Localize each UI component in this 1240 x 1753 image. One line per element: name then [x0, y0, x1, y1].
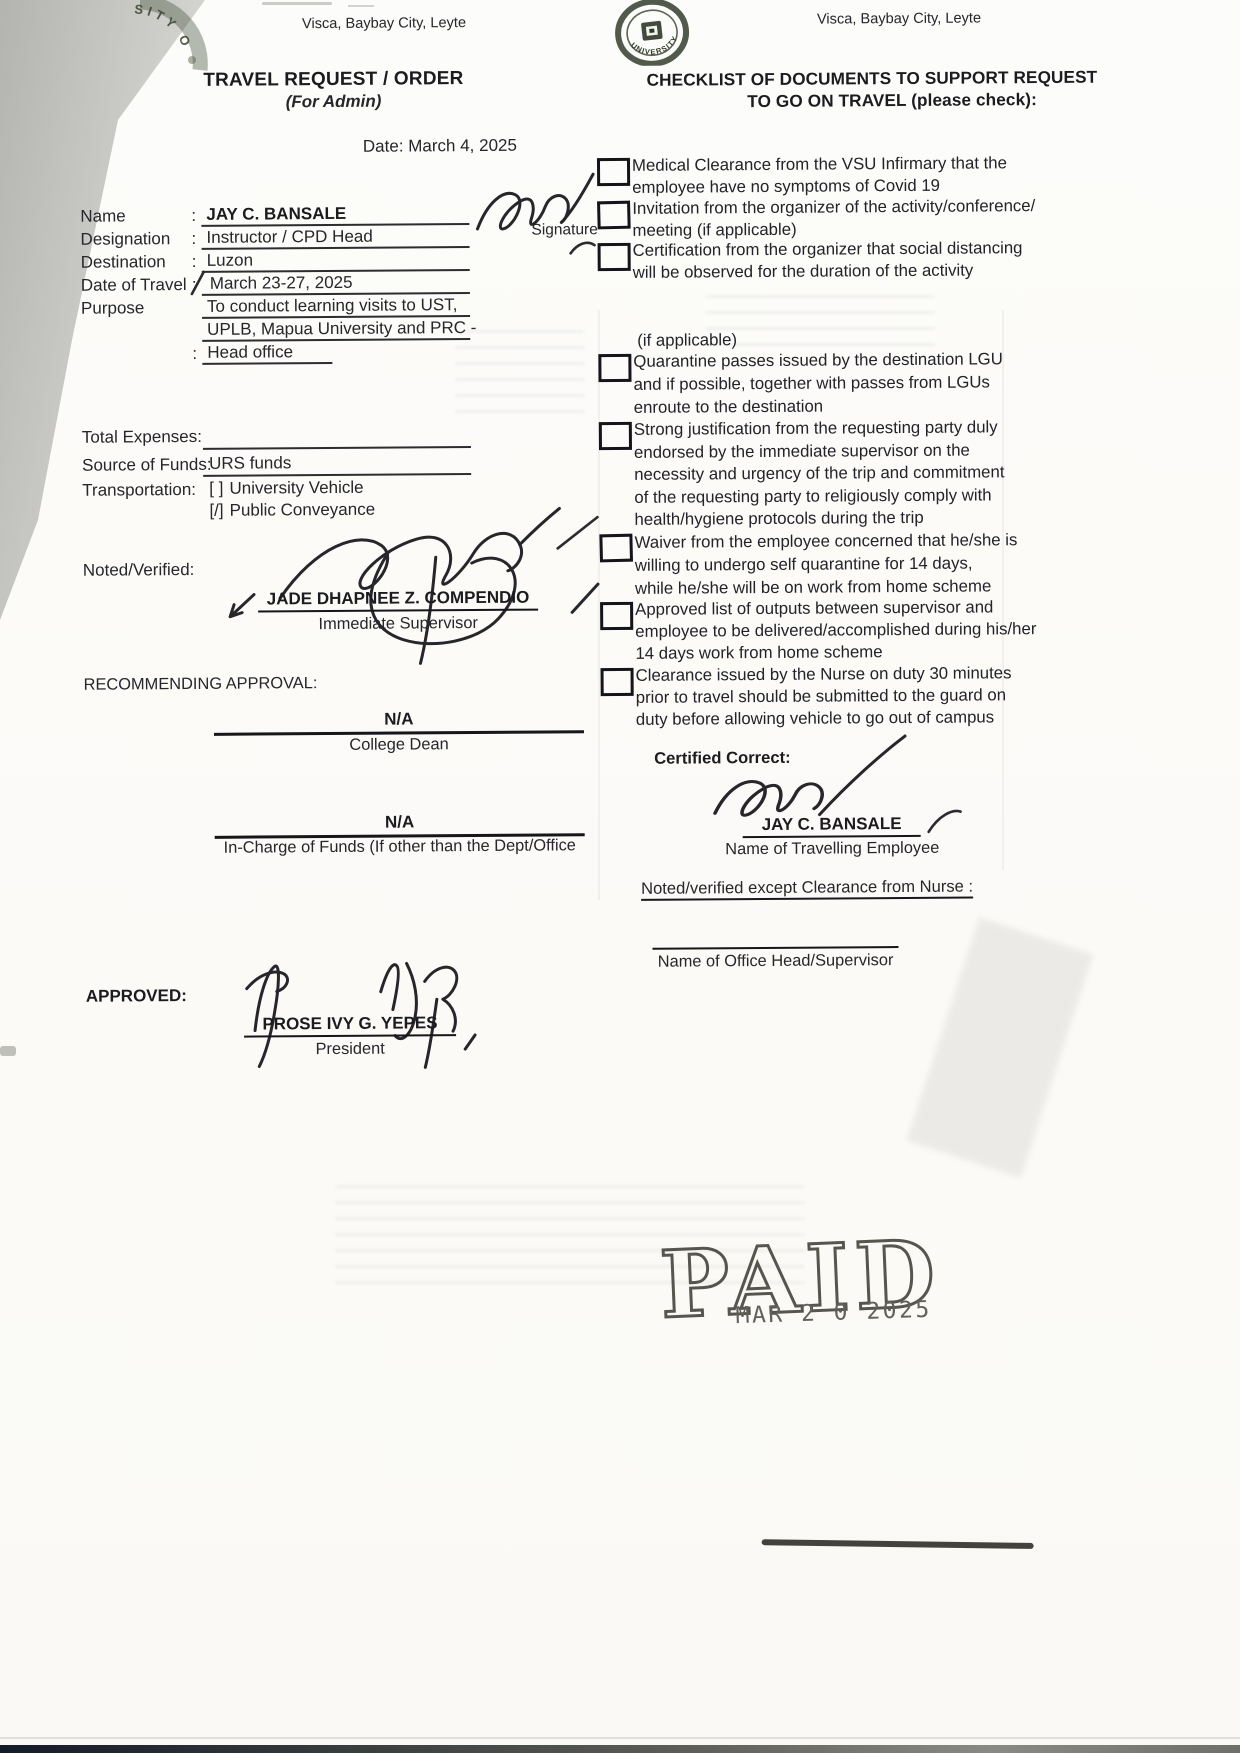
- field-label-name: Name: [80, 206, 125, 226]
- checklist-line: enroute to the destination: [634, 394, 1046, 420]
- paid-stamp: PAID MAR 2 0 2025: [658, 1228, 973, 1366]
- checklist-item: Certification from the organizer that so…: [633, 237, 1045, 283]
- field-value-name: JAY C. BANSALE: [206, 204, 346, 225]
- total-expenses-underline: [203, 446, 471, 450]
- checklist-line: endorsed by the immediate supervisor on …: [634, 439, 1046, 464]
- left-form-title: TRAVEL REQUEST / ORDER: [183, 68, 483, 92]
- checklist-item: Invitation from the organizer of the act…: [632, 195, 1044, 241]
- date-line: Date: March 4, 2025: [363, 136, 517, 157]
- checklist-checkbox: [598, 354, 631, 382]
- checklist-line: Clearance issued by the Nurse on duty 30…: [635, 662, 1047, 687]
- funds-incharge-title: In-Charge of Funds (If other than the De…: [215, 836, 585, 858]
- field-label-designation: Designation: [80, 229, 170, 250]
- checklist-checkbox: [599, 534, 633, 563]
- noted-except-text: Noted/verified except Clearance from Nur…: [641, 877, 973, 901]
- pen-flick-mark: [924, 806, 964, 836]
- scan-bottom-edge: [0, 1745, 1240, 1753]
- checklist-line: will be observed for the duration of the…: [633, 259, 1045, 283]
- checklist-line: Medical Clearance from the VSU Infirmary…: [632, 152, 1044, 176]
- supervisor-title: Immediate Supervisor: [258, 614, 538, 635]
- total-expenses-label: Total Expenses:: [82, 427, 202, 448]
- field-label-destination: Destination: [81, 252, 166, 273]
- pen-flick-mark: [568, 238, 598, 258]
- left-location-line: Visca, Baybay City, Leyte: [259, 15, 509, 33]
- funds-incharge-value: N/A: [215, 811, 585, 834]
- travelling-employee-name: JAY C. BANSALE: [743, 814, 921, 838]
- field-underline: [202, 362, 332, 365]
- checklist-line: employee to be delivered/accomplished du…: [635, 618, 1047, 643]
- checklist-checkbox: [599, 422, 632, 450]
- paper-content: Visca, Baybay City, Leyte TRAVEL REQUEST…: [0, 0, 1240, 1753]
- office-head-signature-line: [652, 946, 898, 950]
- right-location-line: Visca, Baybay City, Leyte: [774, 10, 1024, 28]
- source-of-funds-label: Source of Funds:: [82, 455, 212, 476]
- checklist-line: duty before allowing vehicle to go out o…: [636, 706, 1048, 731]
- checklist-line: Approved list of outputs between supervi…: [635, 596, 1047, 621]
- stamp-ink-line: [762, 1539, 1034, 1549]
- checklist-line: and if possible, together with passes fr…: [633, 371, 1045, 397]
- president-title: President: [244, 1039, 456, 1059]
- field-colon: :: [191, 229, 196, 249]
- field-value-purpose-2: UPLB, Mapua University and PRC -: [207, 318, 476, 340]
- checklist-line: Strong justification from the requesting…: [634, 416, 1046, 441]
- field-value-purpose-1: To conduct learning visits to UST,: [207, 295, 458, 317]
- source-of-funds-value: URS funds: [209, 453, 291, 474]
- checklist-item: Medical Clearance from the VSU Infirmary…: [632, 152, 1044, 198]
- scanned-travel-request-document: SITY O Visca, Baybay City, Leyte TRAVEL …: [0, 0, 1240, 1753]
- checklist-checkbox: [598, 243, 631, 271]
- checklist-line: employee have no symptoms of Covid 19: [632, 174, 1044, 198]
- checklist-checkbox: [597, 158, 630, 186]
- field-label-date-of-travel: Date of Travel: [81, 275, 187, 296]
- checklist-title-line1: CHECKLIST OF DOCUMENTS TO SUPPORT REQUES…: [639, 67, 1104, 92]
- president-name: PROSE IVY G. YEPES: [244, 1013, 456, 1037]
- transport-option-label: University Vehicle: [229, 478, 363, 498]
- pen-stroke-mark: [553, 512, 601, 552]
- office-head-title: Name of Office Head/Supervisor: [636, 951, 916, 972]
- field-colon: :: [192, 344, 197, 364]
- supervisor-name: JADE DHAPNEE Z. COMPENDIO: [258, 588, 538, 613]
- checklist-checkbox: [601, 668, 634, 696]
- college-dean-title: College Dean: [214, 734, 584, 756]
- recommending-approval-label: RECOMMENDING APPROVAL:: [84, 674, 318, 695]
- checklist-item: Waiver from the employee concerned that …: [635, 528, 1047, 600]
- checklist-title-line2: TO GO ON TRAVEL (please check):: [659, 88, 1124, 113]
- college-dean-value: N/A: [214, 708, 584, 731]
- checklist-line: of the requesting party to religiously c…: [634, 484, 1046, 509]
- noted-except-line: Noted/verified except Clearance from Nur…: [641, 877, 973, 899]
- field-value-destination: Luzon: [207, 251, 253, 271]
- field-value-designation: Instructor / CPD Head: [206, 227, 372, 248]
- source-of-funds-underline: [203, 473, 471, 477]
- checklist-line: willing to undergo self quarantine for 1…: [635, 551, 1047, 577]
- left-form-subtitle: (For Admin): [183, 91, 483, 113]
- pen-slash-mark: [189, 269, 207, 297]
- checklist-item: Clearance issued by the Nurse on duty 30…: [635, 662, 1047, 731]
- checklist-item: Approved list of outputs between supervi…: [635, 596, 1047, 665]
- checklist-checkbox: [597, 201, 631, 230]
- field-colon: :: [191, 206, 196, 226]
- checklist-item: Quarantine passes issued by the destinat…: [633, 348, 1045, 419]
- checklist-line: Quarantine passes issued by the destinat…: [633, 348, 1045, 374]
- checklist-checkbox: [600, 602, 633, 630]
- field-value-purpose-3: Head office: [207, 342, 293, 363]
- transport-option-university-vehicle: [ ]University Vehicle: [209, 478, 363, 499]
- scan-artifact: [0, 1737, 1240, 1739]
- field-label-purpose: Purpose: [81, 298, 144, 318]
- checklist-line: Invitation from the organizer of the act…: [632, 195, 1044, 219]
- university-seal-icon: UNIVERSITY: [606, 0, 698, 66]
- checklist-line: Certification from the organizer that so…: [633, 237, 1045, 261]
- approved-label: APPROVED:: [86, 986, 187, 1007]
- field-value-date-of-travel: March 23-27, 2025: [210, 273, 353, 294]
- transportation-label: Transportation:: [82, 480, 196, 501]
- travelling-employee-title: Name of Travelling Employee: [700, 839, 965, 860]
- transport-checkbox-text: [ ]: [209, 479, 223, 498]
- signature-caption: Signature: [531, 221, 597, 239]
- checklist-line: Waiver from the employee concerned that …: [635, 528, 1047, 554]
- noted-verified-label: Noted/Verified:: [83, 560, 195, 581]
- checklist-item: Strong justification from the requesting…: [634, 416, 1047, 532]
- checklist-line: prior to travel should be submitted to t…: [636, 684, 1048, 709]
- checklist-line: necessity and urgency of the trip and co…: [634, 461, 1046, 486]
- checklist-line: 14 days work from home scheme: [635, 640, 1047, 665]
